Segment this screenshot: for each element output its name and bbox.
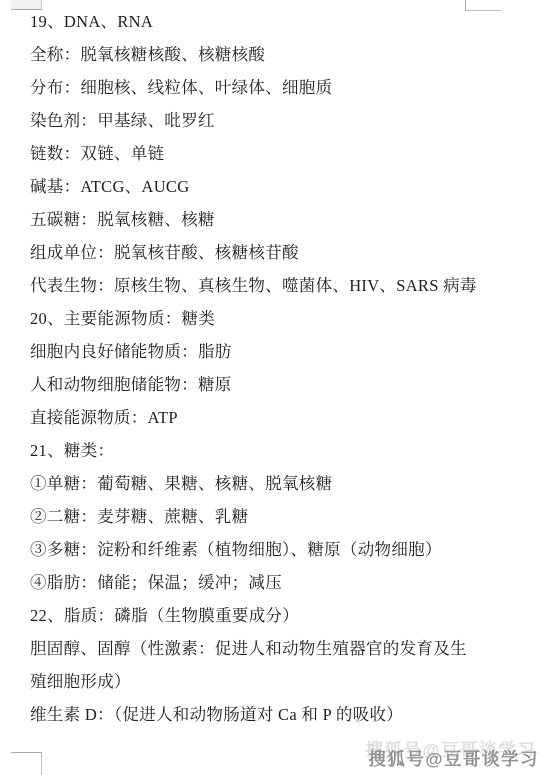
text-line: ③多糖：淀粉和纤维素（植物细胞）、糖原（动物细胞）	[30, 533, 530, 566]
text-line: 殖细胞形成）	[30, 665, 530, 698]
document-body: 19、DNA、RNA 全称：脱氧核糖核酸、核糖核酸 分布：细胞核、线粒体、叶绿体…	[30, 5, 530, 731]
text-line: 染色剂：甲基绿、吡罗红	[30, 104, 530, 137]
page-boundary-mark-bottom-left	[11, 752, 42, 775]
text-line: ①单糖：葡萄糖、果糖、核糖、脱氧核糖	[30, 467, 530, 500]
text-line: 22、脂质：磷脂（生物膜重要成分）	[30, 599, 530, 632]
text-line: 19、DNA、RNA	[30, 5, 530, 38]
text-line: 代表生物：原核生物、真核生物、噬菌体、HIV、SARS 病毒	[30, 269, 530, 302]
text-line: 维生素 D：（促进人和动物肠道对 Ca 和 P 的吸收）	[30, 698, 530, 731]
text-line: ②二糖：麦芽糖、蔗糖、乳糖	[30, 500, 530, 533]
text-line: 胆固醇、固醇（性激素：促进人和动物生殖器官的发育及生	[30, 632, 530, 665]
text-line: 碱基：ATCG、AUCG	[30, 170, 530, 203]
text-line: 人和动物细胞储能物：糖原	[30, 368, 530, 401]
text-line: 组成单位：脱氧核苷酸、核糖核苷酸	[30, 236, 530, 269]
text-line: 五碳糖：脱氧核糖、核糖	[30, 203, 530, 236]
text-line: ④脂肪：储能；保温；缓冲；减压	[30, 566, 530, 599]
text-line: 全称：脱氧核糖核酸、核糖核酸	[30, 38, 530, 71]
document-page: 19、DNA、RNA 全称：脱氧核糖核酸、核糖核酸 分布：细胞核、线粒体、叶绿体…	[0, 0, 543, 775]
text-line: 20、主要能源物质：糖类	[30, 302, 530, 335]
watermark-sohu-account: 搜狐号@豆哥谈学习	[368, 746, 539, 771]
text-line: 21、糖类：	[30, 434, 530, 467]
text-line: 细胞内良好储能物质：脂肪	[30, 335, 530, 368]
text-line: 直接能源物质：ATP	[30, 401, 530, 434]
text-line: 分布：细胞核、线粒体、叶绿体、细胞质	[30, 71, 530, 104]
text-line: 链数：双链、单链	[30, 137, 530, 170]
